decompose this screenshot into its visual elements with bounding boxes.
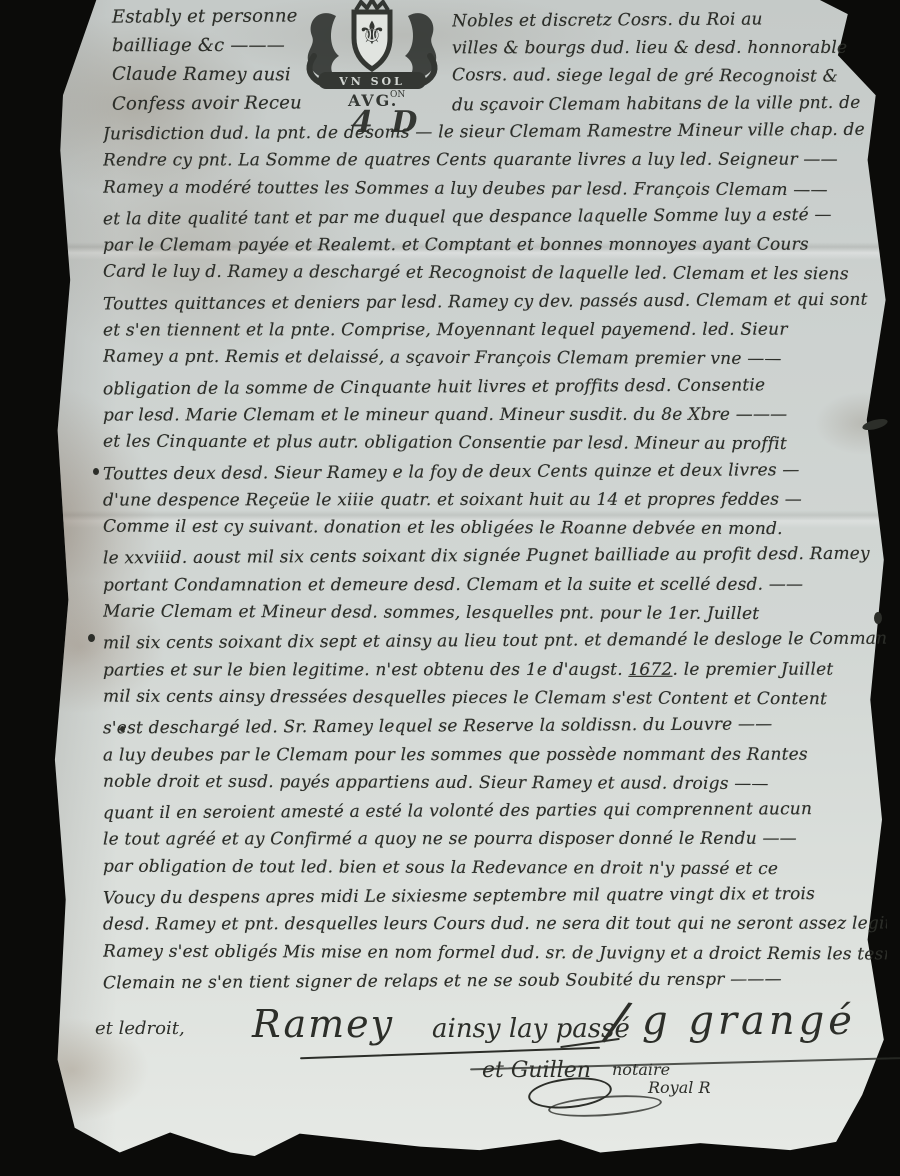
manuscript-line: par obligation de tout led. bien et sous… xyxy=(103,856,887,887)
manuscript-line: le xxviiid. aoust mil six cents soixant … xyxy=(103,544,887,577)
manuscript-line: Estably et personne xyxy=(112,5,302,35)
notary-title-royal: Royal R xyxy=(648,1078,711,1097)
manuscript-line: Marie Clemam et Mineur desd. sommes, les… xyxy=(103,602,887,633)
manuscript-line: a luy deubes par le Clemam pour les somm… xyxy=(103,744,887,773)
manuscript-line: Confess avoir Receu xyxy=(112,92,302,122)
manuscript-line: villes & bourgs dud. lieu & desd. honnor… xyxy=(452,38,892,67)
manuscript-line: et la dite qualité tant et par me duquel… xyxy=(103,204,887,237)
margin-ink-blot xyxy=(874,612,882,624)
manuscript-body-text: Jurisdiction dud. la pnt. de desoms — le… xyxy=(103,122,887,999)
svg-text:⚜: ⚜ xyxy=(358,14,387,52)
manuscript-line: d'une despence Reçeüe le xiiie quatr. et… xyxy=(103,489,887,518)
margin-ink-dot xyxy=(120,726,125,732)
stamp-banner-text: VN SOL xyxy=(338,75,405,88)
manuscript-line: mil six cents soixant dix sept et ainsy … xyxy=(103,629,887,662)
signature-grange: g grangé xyxy=(642,998,856,1044)
royal-tax-stamp: ⚜ VN SOL AVG. ON 4 D xyxy=(296,0,448,142)
manuscript-line: Cosrs. aud. siege legal de gré Recognois… xyxy=(452,65,892,95)
manuscript-line: par le Clemam payée et Realemt. et Compt… xyxy=(103,235,887,264)
manuscript-line: par lesd. Marie Clemam et le mineur quan… xyxy=(103,404,887,433)
manuscript-line: Ramey a pnt. Remis et delaissé, a sçavoi… xyxy=(103,347,887,378)
manuscript-line: Rendre cy pnt. La Somme de quatres Cents… xyxy=(103,150,887,179)
manuscript-line: Ramey s'est obligés Mis mise en nom form… xyxy=(103,941,887,972)
manuscript-line: obligation de la somme de Cinquante huit… xyxy=(103,374,887,407)
manuscript-line: desd. Ramey et pnt. desquelles leurs Cou… xyxy=(103,914,887,943)
top-left-text-block: Estably et personnebailliage &c ———Claud… xyxy=(112,6,302,122)
manuscript-line: bailliage &c ——— xyxy=(112,35,302,64)
manuscript-line: noble droit et susd. payés appartiens au… xyxy=(103,771,887,802)
coat-of-arms-icon: ⚜ VN SOL AVG. ON 4 D xyxy=(296,0,448,142)
manuscript-line: le tout agréé et ay Confirmé a quoy ne s… xyxy=(103,829,887,858)
manuscript-line: portant Condamnation et demeure desd. Cl… xyxy=(103,574,887,603)
manuscript-line: Claude Ramey ausi xyxy=(112,64,302,94)
manuscript-line: quant il en seroient amesté a esté la vo… xyxy=(103,799,887,832)
manuscript-line: s'est deschargé led. Sr. Ramey lequel se… xyxy=(103,714,887,747)
manuscript-line: et les Cinquante et plus autr. obligatio… xyxy=(103,432,887,463)
manuscript-line: et s'en tiennent et la pnte. Comprise, M… xyxy=(103,320,887,349)
margin-ink-dot xyxy=(88,634,95,642)
manuscript-line: mil six cents ainsy dressées desquelles … xyxy=(103,687,887,718)
margin-ink-dot xyxy=(93,468,99,475)
manuscript-line: Clemain ne s'en tient signer de relaps e… xyxy=(103,969,887,1000)
manuscript-line: Comme il est cy suivant. donation et les… xyxy=(103,517,887,548)
underlined-year: 1672 xyxy=(628,659,672,679)
manuscript-line: parties et sur le bien legitime. n'est o… xyxy=(103,659,887,688)
stamp-region-superscript: ON xyxy=(390,90,405,100)
top-right-text-block: Nobles et discretz Cosrs. du Roi auville… xyxy=(452,10,892,122)
attestation-prefix: et ledroit, xyxy=(95,1018,185,1039)
manuscript-line: Card le luy d. Ramey a deschargé et Reco… xyxy=(103,262,887,293)
manuscript-line: Touttes quittances et deniers par lesd. … xyxy=(103,289,887,322)
manuscript-line: Nobles et discretz Cosrs. du Roi au xyxy=(452,10,892,39)
manuscript-line: du sçavoir Clemam habitans de la ville p… xyxy=(452,93,892,122)
manuscript-line: Touttes deux desd. Sieur Ramey e la foy … xyxy=(103,459,887,492)
manuscript-line: Ramey a modéré touttes les Sommes a luy … xyxy=(103,177,887,208)
signature-ramey: Ramey xyxy=(252,1002,394,1046)
manuscript-line: Voucy du despens apres midi Le sixiesme … xyxy=(103,884,887,917)
manuscript-line: Jurisdiction dud. la pnt. de desoms — le… xyxy=(103,122,887,153)
